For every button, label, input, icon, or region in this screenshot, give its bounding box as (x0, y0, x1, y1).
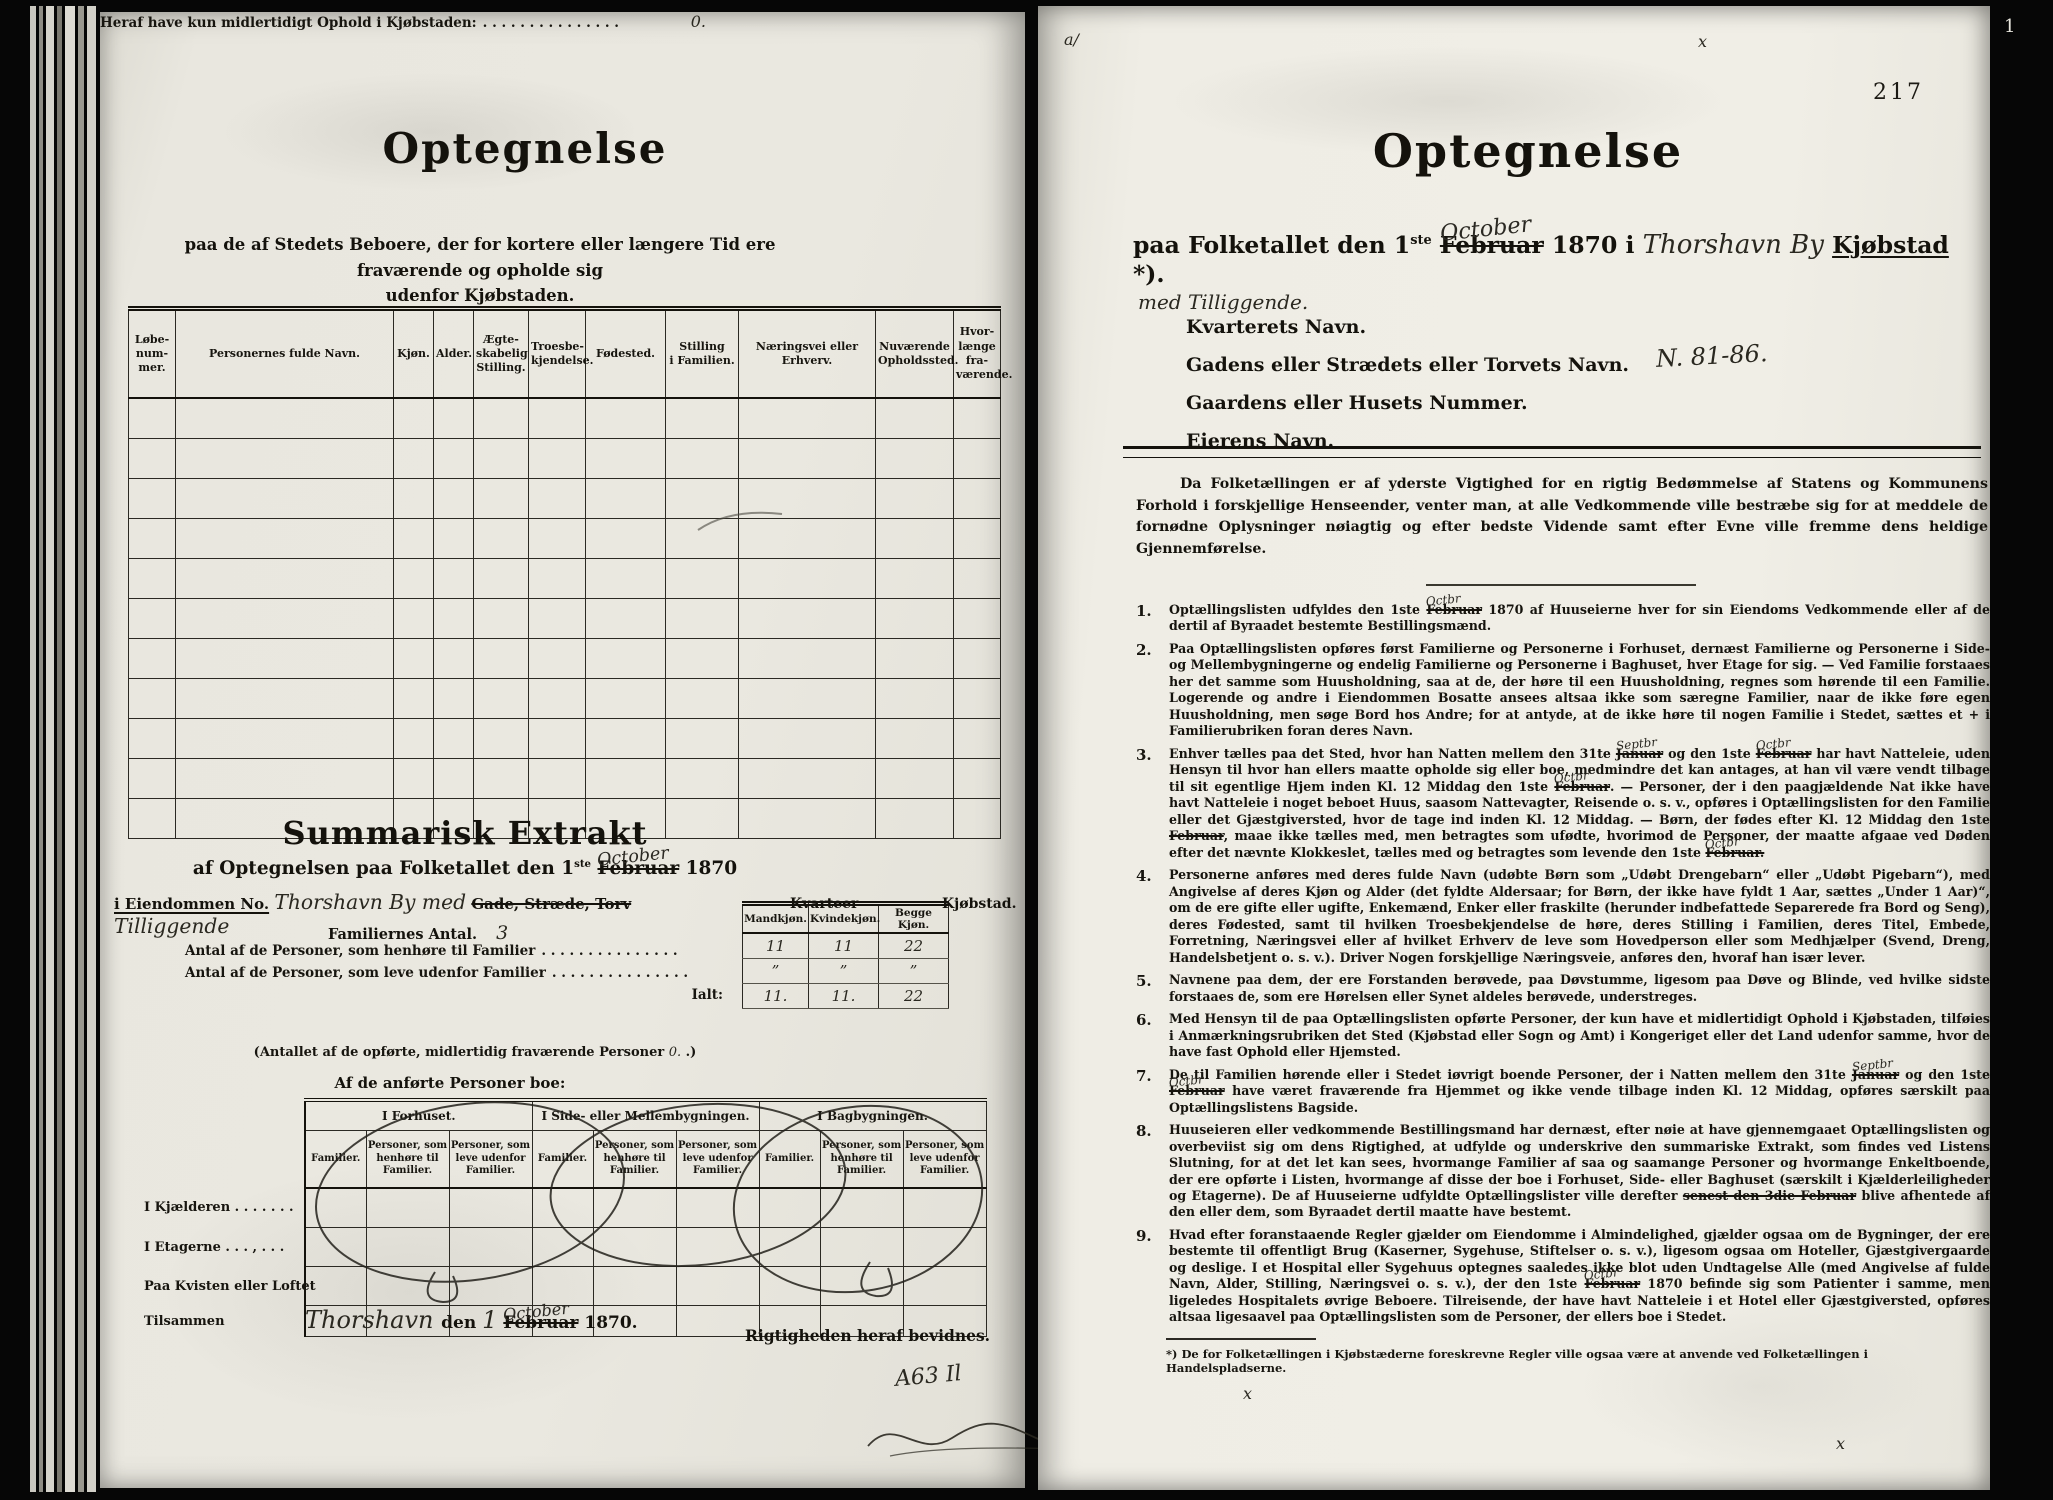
empty-cell (586, 479, 666, 519)
column-header: Alder. (434, 309, 474, 399)
summary-value: 22 (879, 984, 949, 1009)
empty-cell (666, 719, 739, 759)
struck-word: FebruarOctbr (1554, 779, 1610, 795)
empty-cell (394, 719, 434, 759)
census-headline: paa Folketallet den 1ste FebruarOctober … (1133, 230, 1983, 288)
summary-label: Antal af de Personer, som henhøre til Fa… (185, 943, 535, 959)
empty-cell (739, 559, 876, 599)
empty-cell (129, 759, 176, 799)
struck-word: FebruarOctober (1440, 231, 1544, 259)
empty-cell (129, 519, 176, 559)
column-header: Fødested. (586, 309, 666, 399)
summary-value: 11 (743, 933, 809, 959)
handwritten-text: Tilliggende (114, 914, 229, 938)
printed-text: senest den 3die Februar (1683, 1188, 1856, 1203)
x-mark-bottom-left: x (1243, 1384, 1252, 1403)
summary-value: 11. (809, 984, 879, 1009)
item-number: 4. (1136, 867, 1160, 966)
printed-text: paa Folketallet den 1 (1133, 231, 1410, 259)
printed-text: 1870 i (1544, 231, 1643, 259)
families-count-line: Familiernes Antal. 3 (328, 922, 508, 944)
left-page-title: Optegnelse (195, 124, 855, 173)
empty-cell (176, 519, 394, 559)
building-group-header: I Bagbygningen. (759, 1100, 986, 1131)
column-header: Ægte- skabelig Stilling. (474, 309, 529, 399)
printed-text: Enhver tælles paa det Sted, hvor han Nat… (1169, 746, 1616, 761)
empty-cell (529, 479, 586, 519)
handwritten-correction: Octbr (1755, 735, 1791, 754)
summary-value: ” (743, 959, 809, 984)
column-header: Troesbe- kjendelse. (529, 309, 586, 399)
empty-cell (474, 639, 529, 679)
empty-cell (129, 398, 176, 439)
handwritten-text: Thorshavn (305, 1306, 441, 1334)
empty-cell (474, 759, 529, 799)
page-edge (87, 6, 96, 1492)
printed-text: Navnene paa dem, der ere Forstanden berø… (1169, 972, 1990, 1003)
empty-cell (474, 719, 529, 759)
printed-text: De til Familien hørende eller i Stedet i… (1169, 1067, 1852, 1082)
empty-cell (176, 439, 394, 479)
printed-text: Paa Optællingslisten opføres først Famil… (1169, 641, 1990, 738)
corner-sheet-number: 1 (2004, 16, 2015, 37)
empty-cell (529, 599, 586, 639)
instruction-item: 4.Personerne anføres med deres fulde Nav… (1136, 867, 1990, 966)
empty-cell (129, 559, 176, 599)
empty-cell (434, 439, 474, 479)
empty-cell (954, 599, 1001, 639)
dot-leader: . . . . . . . . . . . . . . . (477, 15, 691, 31)
empty-row (129, 719, 1001, 759)
summary-row-total: Ialt: (185, 987, 733, 1003)
empty-cell (529, 559, 586, 599)
empty-cell (676, 1267, 759, 1306)
page-edge (57, 6, 62, 1492)
printed-text: ste (1410, 233, 1431, 248)
empty-cell (739, 439, 876, 479)
empty-cell (954, 559, 1001, 599)
empty-cell (529, 519, 586, 559)
item-text: De til Familien hørende eller i Stedet i… (1169, 1067, 1990, 1116)
summary-row-outside: Antal af de Personer, som leve udenfor F… (185, 965, 733, 981)
empty-row (129, 639, 1001, 679)
instruction-item: 6.Med Hensyn til de paa Optællingslisten… (1136, 1011, 1990, 1060)
empty-cell (474, 599, 529, 639)
printed-text: Optællingslisten udfyldes den 1ste (1169, 602, 1426, 617)
kjobstad-label: Kjøbstad. (942, 896, 1016, 912)
temporary-stay-value: 0. (691, 12, 706, 31)
item-number: 7. (1136, 1067, 1160, 1116)
printed-text: 1870 (679, 858, 737, 879)
families-count-value: 3 (496, 922, 508, 944)
empty-cell (759, 1267, 820, 1306)
summary-value-row: ””” (743, 959, 949, 984)
dot-leader: . . . . . . . . . . . . . . . (546, 965, 733, 981)
struck-word: Februar.Octbr (1705, 845, 1764, 861)
section-divider (1426, 584, 1696, 586)
empty-row (129, 559, 1001, 599)
absent-persons-note: (Antallet af de opførte, midlertidig fra… (205, 1045, 745, 1060)
page-edge (78, 6, 84, 1492)
column-header: Hvor- længe fra- værende. (954, 309, 1001, 399)
floor-label: Tilsammen (140, 1306, 305, 1337)
empty-cell (394, 639, 434, 679)
empty-cell (759, 1188, 820, 1228)
empty-cell (876, 759, 954, 799)
empty-cell (394, 398, 434, 439)
empty-cell (366, 1188, 449, 1228)
empty-cell (176, 679, 394, 719)
empty-cell (586, 519, 666, 559)
handwritten-text: 0. (669, 1045, 681, 1060)
empty-cell (176, 479, 394, 519)
empty-cell (474, 439, 529, 479)
empty-cell (676, 1228, 759, 1267)
printed-text: , maae ikke tælles med, men betragtes so… (1169, 828, 1990, 859)
empty-cell (876, 479, 954, 519)
empty-cell (529, 398, 586, 439)
item-text: Navnene paa dem, der ere Forstanden berø… (1169, 972, 1990, 1005)
empty-cell (586, 759, 666, 799)
empty-cell (176, 639, 394, 679)
struck-word: FebruarOctbr (1426, 602, 1482, 618)
printed-text: ste (574, 858, 591, 870)
empty-cell (586, 599, 666, 639)
instruction-item: 5.Navnene paa dem, der ere Forstanden be… (1136, 972, 1990, 1005)
struck-word: FebruarOctbr (1756, 746, 1812, 762)
residence-subcolumn-header: Personer, som henhøre til Familier. (366, 1131, 449, 1189)
empty-cell (129, 479, 176, 519)
residence-corner (140, 1100, 305, 1188)
empty-cell (176, 759, 394, 799)
empty-cell (666, 599, 739, 639)
address-fields: Kvarterets Navn. Gadens eller Strædets e… (1186, 308, 1786, 460)
field-quarter: Kvarterets Navn. (1186, 308, 1786, 346)
empty-cell (666, 679, 739, 719)
handwritten-text: Thorshavn By (1643, 230, 1824, 260)
empty-cell (474, 398, 529, 439)
column-header: Næringsvei eller Erhverv. (739, 309, 876, 399)
instruction-item: 7.De til Familien hørende eller i Stedet… (1136, 1067, 1990, 1116)
footnote-rule (1166, 1338, 1316, 1340)
item-text: Optællingslisten udfyldes den 1ste Febru… (1169, 602, 1990, 635)
empty-cell (434, 759, 474, 799)
page-number: 217 (1873, 80, 1924, 105)
empty-cell (820, 1267, 903, 1306)
empty-cell (954, 519, 1001, 559)
summary-value: 22 (879, 933, 949, 959)
empty-cell (394, 759, 434, 799)
struck-word: FebruarOctbr (1169, 1083, 1225, 1099)
census-book-scan: 1 Optegnelse paa de af Stedets Beboere, … (0, 0, 2053, 1500)
struck-word: FebruarOctbr (1584, 1276, 1640, 1292)
intro-paragraph: Da Folketællingen er af yderste Vigtighe… (1136, 474, 1988, 560)
subtitle-line2: udenfor Kjøbstaden. (386, 286, 575, 305)
empty-cell (529, 719, 586, 759)
printed-text: *). (1133, 260, 1165, 288)
column-header: Nuværende Opholdssted. (876, 309, 954, 399)
empty-cell (593, 1228, 676, 1267)
empty-cell (532, 1228, 593, 1267)
floor-label: I Etagerne . . . , . . . (140, 1228, 305, 1267)
handwritten-correction: Octbr (1554, 768, 1590, 787)
summary-value: ” (879, 959, 949, 984)
handwritten-house-numbers: N. 81-86. (1655, 339, 1768, 373)
instruction-item: 9.Hvad efter foranstaaende Regler gjælde… (1136, 1227, 1990, 1326)
floor-label: Paa Kvisten eller Loftet (140, 1267, 305, 1306)
empty-cell (586, 679, 666, 719)
empty-cell (434, 398, 474, 439)
empty-cell (739, 519, 876, 559)
residence-subcolumn-header: Personer, som leve udenfor Familier. (449, 1131, 532, 1189)
footnote: *) De for Folketællingen i Kjøbstæderne … (1166, 1347, 1946, 1375)
summary-column-header: Mandkjøn. (743, 904, 809, 934)
printed-text: og den 1ste (1663, 746, 1756, 761)
empty-cell (676, 1188, 759, 1228)
residence-subcolumn-header: Personer, som henhøre til Familier. (820, 1131, 903, 1189)
empty-cell (739, 599, 876, 639)
empty-cell (305, 1228, 366, 1267)
empty-cell (903, 1188, 986, 1228)
summary-value-row: 111122 (743, 933, 949, 959)
empty-cell (449, 1228, 532, 1267)
item-number: 8. (1136, 1122, 1160, 1221)
column-header: Stilling i Familien. (666, 309, 739, 399)
empty-cell (739, 398, 876, 439)
page-edge (39, 6, 43, 1492)
empty-cell (176, 599, 394, 639)
empty-cell (954, 639, 1001, 679)
empty-cell (529, 439, 586, 479)
empty-row (129, 398, 1001, 439)
struck-word: FebruarOctober (597, 858, 679, 879)
residence-subcolumn-header: Personer, som henhøre til Familier. (593, 1131, 676, 1189)
corner-annotation: a/ (1064, 30, 1079, 49)
empty-row (129, 679, 1001, 719)
empty-cell (474, 479, 529, 519)
instruction-item: 8.Huuseieren eller vedkommende Bestillin… (1136, 1122, 1990, 1221)
summary-column-header: Kvindekjøn. (809, 904, 879, 934)
empty-cell (394, 599, 434, 639)
column-header: Kjøn. (394, 309, 434, 399)
empty-cell (666, 439, 739, 479)
empty-cell (876, 398, 954, 439)
summary-row-families: Antal af de Personer, som henhøre til Fa… (185, 943, 733, 959)
empty-cell (394, 679, 434, 719)
temporary-stay-line: Heraf have kun midlertidigt Ophold i Kjø… (100, 12, 706, 31)
residence-subcolumn-header: Familier. (759, 1131, 820, 1189)
building-group-header: I Forhuset. (305, 1100, 532, 1131)
empty-cell (394, 559, 434, 599)
extract-title: Summarisk Extrakt (155, 814, 775, 852)
empty-cell (305, 1188, 366, 1228)
field-house-number: Gaardens eller Husets Nummer. (1186, 384, 1786, 422)
page-edge (65, 6, 75, 1492)
printed-text (1824, 231, 1832, 259)
empty-cell (954, 479, 1001, 519)
printed-text: og den 1ste (1899, 1067, 1990, 1082)
column-header: Personernes fulde Navn. (176, 309, 394, 399)
instruction-item: 2.Paa Optællingslisten opføres først Fam… (1136, 641, 1990, 740)
empty-cell (529, 759, 586, 799)
empty-cell (876, 439, 954, 479)
empty-cell (739, 719, 876, 759)
printed-text: have været fraværende fra Hjemmet og ikk… (1169, 1083, 1990, 1114)
summary-counts-table: Mandkjøn.Kvindekjøn.Begge Kjøn. 111122””… (742, 901, 949, 1009)
empty-cell (394, 479, 434, 519)
residence-table-caption: Af de anførte Personer boe: (190, 1074, 710, 1092)
empty-cell (129, 439, 176, 479)
empty-cell (876, 799, 954, 839)
empty-cell (739, 639, 876, 679)
item-number: 5. (1136, 972, 1160, 1005)
residence-subcolumn-header: Personer, som leve udenfor Familier. (903, 1131, 986, 1189)
empty-cell (666, 519, 739, 559)
printed-text: den (441, 1313, 482, 1333)
empty-cell (954, 799, 1001, 839)
summary-value: ” (809, 959, 879, 984)
empty-cell (903, 1267, 986, 1306)
empty-cell (474, 519, 529, 559)
right-page: a/ x 217 Optegnelse paa Folketallet den … (1038, 6, 1990, 1490)
summary-value-row: 11.11.22 (743, 984, 949, 1009)
instruction-list: 1.Optællingslisten udfyldes den 1ste Feb… (1136, 602, 1990, 1332)
printed-text: 1870. (578, 1313, 637, 1333)
item-number: 9. (1136, 1227, 1160, 1326)
summary-label: Antal af de Personer, som leve udenfor F… (185, 965, 546, 981)
handwritten-text: 1 (482, 1306, 497, 1334)
printed-text: Kjøbstad (1832, 231, 1949, 259)
empty-cell (529, 639, 586, 679)
empty-cell (529, 679, 586, 719)
empty-row (129, 439, 1001, 479)
empty-cell (434, 559, 474, 599)
empty-cell (739, 679, 876, 719)
empty-row (129, 599, 1001, 639)
summary-value: 11. (743, 984, 809, 1009)
dot-leader: . . . . . . . . . . . . . . . (535, 943, 733, 959)
empty-cell (434, 639, 474, 679)
summary-header-row: Mandkjøn.Kvindekjøn.Begge Kjøn. (743, 904, 949, 934)
attestation-label: Rigtigheden heraf bevidnes. (745, 1326, 990, 1345)
signature-handwriting: A63 Il (894, 1361, 963, 1392)
x-mark-top: x (1698, 32, 1707, 51)
summary-total-label: Ialt: (692, 987, 723, 1003)
empty-cell (176, 719, 394, 759)
instruction-item: 1.Optællingslisten udfyldes den 1ste Feb… (1136, 602, 1990, 635)
empty-cell (820, 1188, 903, 1228)
empty-cell (449, 1188, 532, 1228)
empty-cell (954, 719, 1001, 759)
empty-cell (474, 679, 529, 719)
printed-text: Februar (1169, 828, 1224, 843)
subtitle-line1: paa de af Stedets Beboere, der for korte… (185, 235, 776, 280)
item-text: Personerne anføres med deres fulde Navn … (1169, 867, 1990, 966)
double-rule (1123, 446, 1981, 458)
printed-text (1432, 231, 1440, 259)
floor-label: I Kjælderen . . . . . . . (140, 1188, 305, 1228)
empty-cell (176, 559, 394, 599)
empty-cell (434, 719, 474, 759)
absence-register-table: Løbe- num- mer.Personernes fulde Navn.Kj… (128, 306, 1001, 839)
item-number: 6. (1136, 1011, 1160, 1060)
item-text: Med Hensyn til de paa Optællingslisten o… (1169, 1011, 1990, 1060)
empty-cell (666, 759, 739, 799)
printed-text: i Eiendommen No. (114, 895, 269, 913)
empty-cell (820, 1228, 903, 1267)
empty-row (129, 759, 1001, 799)
item-number: 3. (1136, 746, 1160, 861)
empty-cell (434, 599, 474, 639)
page-edge (30, 6, 36, 1492)
empty-cell (434, 679, 474, 719)
empty-cell (876, 719, 954, 759)
extract-subtitle: af Optegnelsen paa Folketallet den 1ste … (155, 858, 775, 879)
residence-subcolumn-header: Familier. (532, 1131, 593, 1189)
empty-cell (366, 1267, 449, 1306)
empty-cell (666, 398, 739, 439)
struck-word: FebruarOctober (503, 1313, 578, 1333)
residence-subcolumn-header: Personer, som leve udenfor Familier. (676, 1131, 759, 1189)
residence-group-row: I Forhuset.I Side- eller Mellembygningen… (140, 1100, 986, 1131)
empty-cell (666, 639, 739, 679)
empty-cell (666, 479, 739, 519)
empty-cell (954, 759, 1001, 799)
empty-row (129, 479, 1001, 519)
printed-text: (Antallet af de opførte, midlertidig fra… (254, 1045, 669, 1060)
empty-cell (532, 1188, 593, 1228)
table-header-row: Løbe- num- mer.Personernes fulde Navn.Kj… (129, 309, 1001, 399)
struck-word: JanuarSeptbr (1852, 1067, 1899, 1083)
empty-cell (759, 1228, 820, 1267)
empty-cell (394, 519, 434, 559)
printed-text: Med Hensyn til de paa Optællingslisten o… (1169, 1011, 1990, 1059)
empty-cell (586, 559, 666, 599)
empty-row (129, 519, 1001, 559)
empty-cell (739, 479, 876, 519)
empty-cell (876, 559, 954, 599)
item-number: 2. (1136, 641, 1160, 740)
left-page-subtitle: paa de af Stedets Beboere, der for korte… (140, 232, 820, 309)
column-header: Løbe- num- mer. (129, 309, 176, 399)
empty-cell (876, 599, 954, 639)
empty-cell (434, 479, 474, 519)
printed-text: Personerne anføres med deres fulde Navn … (1169, 867, 1990, 964)
empty-cell (586, 398, 666, 439)
empty-cell (954, 679, 1001, 719)
summary-column-header: Begge Kjøn. (879, 904, 949, 934)
empty-cell (129, 639, 176, 679)
empty-cell (739, 759, 876, 799)
empty-cell (394, 439, 434, 479)
item-text: Paa Optællingslisten opføres først Famil… (1169, 641, 1990, 740)
right-page-title: Optegnelse (1198, 124, 1858, 178)
building-group-header: I Side- eller Mellembygningen. (532, 1100, 759, 1131)
empty-cell (876, 679, 954, 719)
printed-text: Gade, Stræde, Torv (471, 895, 631, 913)
empty-cell (954, 398, 1001, 439)
empty-cell (129, 719, 176, 759)
empty-cell (666, 559, 739, 599)
empty-cell (176, 398, 394, 439)
temporary-stay-label: Heraf have kun midlertidigt Ophold i Kjø… (100, 15, 477, 31)
page-edge (46, 6, 54, 1492)
handwritten-correction: Octbr (1705, 834, 1741, 853)
empty-cell (593, 1267, 676, 1306)
empty-cell (474, 559, 529, 599)
empty-cell (593, 1188, 676, 1228)
item-text: Hvad efter foranstaaende Regler gjælder … (1169, 1227, 1990, 1326)
